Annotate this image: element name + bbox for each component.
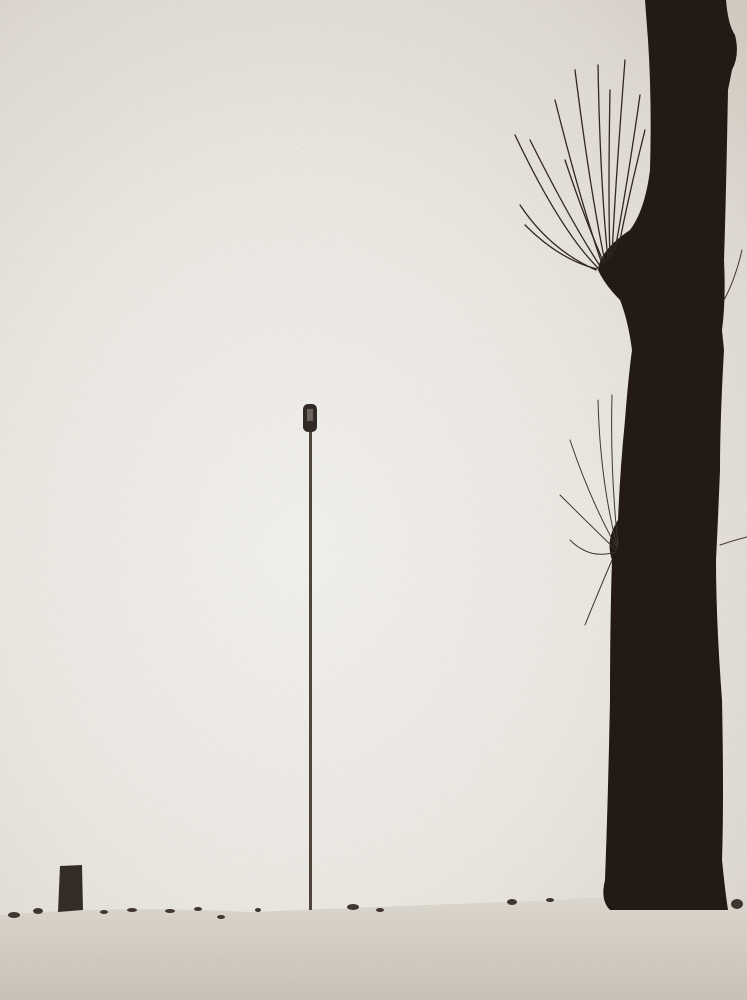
film-grain (0, 0, 747, 1000)
scene (0, 0, 747, 1000)
photograph: Winter landscape with lamp post and poll… (0, 0, 747, 1000)
